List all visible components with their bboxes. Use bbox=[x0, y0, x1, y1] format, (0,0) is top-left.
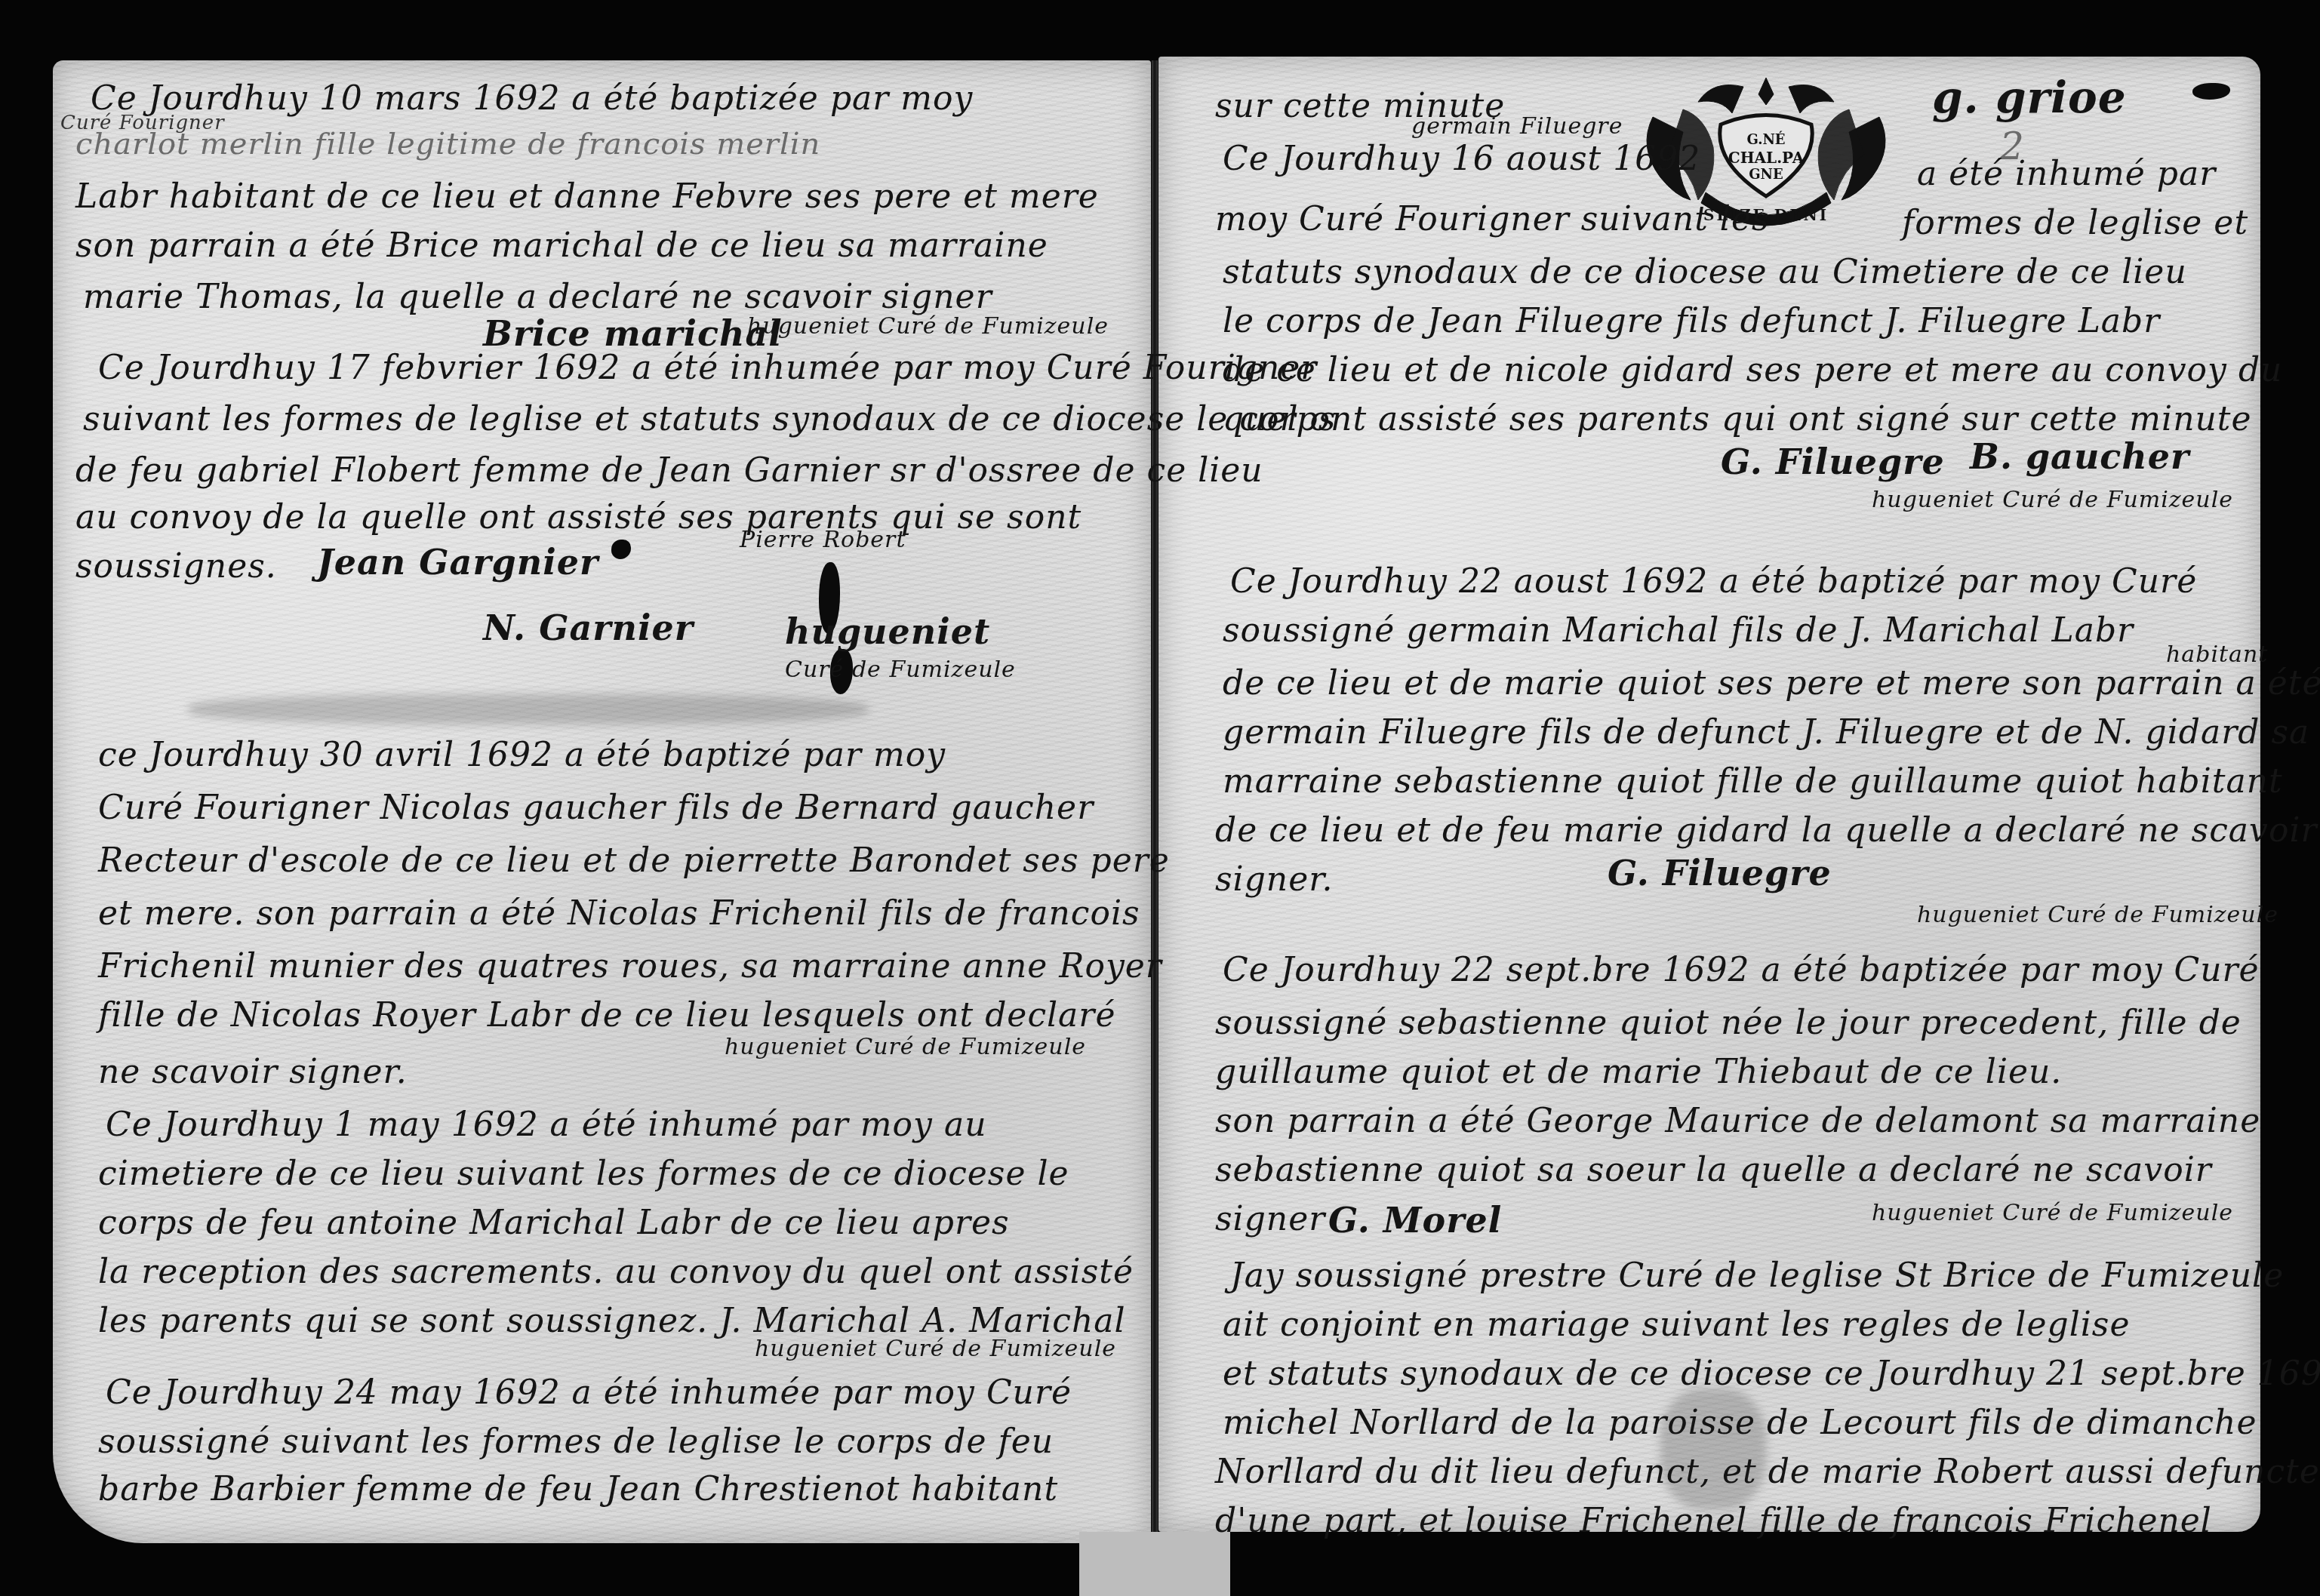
handwritten-line: G. Filuegre bbox=[1608, 853, 1832, 893]
handwritten-line: charlot merlin fille legitime de francoi… bbox=[75, 127, 820, 161]
handwritten-line: de ce lieu et de nicole gidard ses pere … bbox=[1223, 351, 2282, 389]
handwritten-line: d'une part, et louise Frichenel fille de… bbox=[1215, 1502, 2212, 1540]
handwritten-line: Jay soussigné prestre Curé de leglise St… bbox=[1230, 1256, 2284, 1295]
handwritten-line: de ce lieu et de feu marie gidard la que… bbox=[1215, 811, 2318, 850]
handwritten-line: et statuts synodaux de ce diocese ce Jou… bbox=[1223, 1355, 2320, 1393]
handwritten-line: le corps de Jean Filuegre fils defunct J… bbox=[1223, 302, 2160, 340]
handwritten-line: G. Filuegre bbox=[1721, 441, 1945, 482]
handwritten-line: marraine sebastienne quiot fille de guil… bbox=[1223, 762, 2283, 801]
handwritten-line: soussigné sebastienne quiot née le jour … bbox=[1215, 1004, 2242, 1042]
handwritten-line: ce Jourdhuy 30 avril 1692 a été baptizé … bbox=[98, 736, 946, 774]
handwritten-line: Labr habitant de ce lieu et danne Febvre… bbox=[75, 177, 1099, 216]
handwritten-line: Ce Jourdhuy 24 may 1692 a été inhumée pa… bbox=[106, 1373, 1072, 1412]
handwritten-line: Ce Jourdhuy 17 febvrier 1692 a été inhum… bbox=[98, 349, 1317, 387]
handwritten-line: hugueniet bbox=[785, 611, 990, 652]
handwritten-line: ait conjoint en mariage suivant les regl… bbox=[1223, 1305, 2130, 1344]
handwritten-line: germain Filuegre bbox=[1411, 113, 1623, 140]
handwritten-line: son parrain a été Brice marichal de ce l… bbox=[75, 226, 1048, 265]
handwritten-line: fille de Nicolas Royer Labr de ce lieu l… bbox=[98, 996, 1115, 1035]
handwritten-line: ne scavoir signer. bbox=[98, 1053, 408, 1091]
handwritten-line: Curé de Fumizeule bbox=[785, 657, 1016, 683]
handwritten-line: son parrain a été George Maurice de dela… bbox=[1215, 1102, 2260, 1140]
handwritten-line: Frichenil munier des quatres roues, sa m… bbox=[98, 947, 1162, 986]
handwritten-line: sebastienne quiot sa soeur la quelle a d… bbox=[1215, 1151, 2212, 1189]
handwritten-line: Brice marichal bbox=[483, 313, 783, 354]
handwritten-line: B. gaucher bbox=[1970, 436, 2189, 477]
handwritten-line: cimetiere de ce lieu suivant les formes … bbox=[98, 1155, 1069, 1193]
handwritten-line: de ce lieu et de marie quiot ses pere et… bbox=[1223, 664, 2320, 703]
handwritten-line: quel ont assisté ses parents qui ont sig… bbox=[1223, 400, 2252, 438]
handwritten-line: hugueniet Curé de Fumizeule bbox=[1872, 487, 2233, 513]
handwritten-line: signer. bbox=[1215, 860, 1333, 899]
handwritten-line: Recteur d'escole de ce lieu et de pierre… bbox=[98, 841, 1170, 880]
binding-strip bbox=[1079, 1532, 1230, 1596]
handwritten-line: Ce Jourdhuy 1 may 1692 a été inhumé par … bbox=[106, 1106, 986, 1144]
handwritten-line: de feu gabriel Flobert femme de Jean Gar… bbox=[75, 451, 1263, 490]
handwritten-line: moy Curé Fourigner suivant les bbox=[1215, 200, 1770, 238]
handwritten-line: hugueniet Curé de Fumizeule bbox=[1872, 1200, 2233, 1226]
handwritten-line: statuts synodaux de ce diocese au Cimeti… bbox=[1223, 253, 2187, 291]
handwritten-line: soussignes. bbox=[75, 547, 277, 586]
handwritten-line: a été inhumé par bbox=[1917, 155, 2216, 193]
handwritten-line: soussigné suivant les formes de leglise … bbox=[98, 1422, 1054, 1461]
handwritten-line: barbe Barbier femme de feu Jean Chrestie… bbox=[98, 1470, 1058, 1508]
handwritten-line: et mere. son parrain a été Nicolas Frich… bbox=[98, 894, 1140, 933]
handwritten-line: Curé Fourigner Nicolas gaucher fils de B… bbox=[98, 789, 1094, 827]
handwritten-line: germain Filuegre fils de defunct J. Filu… bbox=[1223, 713, 2309, 752]
handwritten-line: Ce Jourdhuy 22 aoust 1692 a été baptizé … bbox=[1230, 562, 2197, 601]
book-gutter bbox=[1152, 60, 1158, 1539]
handwritten-line: suivant les formes de leglise et statuts… bbox=[83, 400, 1336, 438]
handwritten-line: signer bbox=[1215, 1200, 1325, 1238]
handwritten-line: G. Morel bbox=[1328, 1200, 1502, 1241]
handwritten-line: Ce Jourdhuy 22 sept.bre 1692 a été bapti… bbox=[1223, 951, 2260, 989]
handwritten-line: hugueniet Curé de Fumizeule bbox=[1917, 902, 2278, 928]
handwritten-line: N. Garnier bbox=[483, 607, 694, 648]
ink-smudge bbox=[189, 694, 868, 724]
handwritten-line: formes de leglise et bbox=[1902, 204, 2248, 242]
handwritten-line: marie Thomas, la quelle a declaré ne sca… bbox=[83, 278, 992, 316]
handwritten-line: la reception des sacrements. au convoy d… bbox=[98, 1253, 1134, 1291]
handwritten-line: Jean Gargnier bbox=[317, 542, 598, 583]
handwritten-line: hugueniet Curé de Fumizeule bbox=[747, 313, 1109, 340]
handwritten-line: michel Norllard de la paroisse de Lecour… bbox=[1223, 1404, 2257, 1442]
handwritten-line: les parents qui se sont soussignez. J. M… bbox=[98, 1302, 1126, 1340]
handwritten-line: Norllard du dit lieu defunct, et de mari… bbox=[1215, 1453, 2320, 1491]
handwritten-line: Pierre Robert bbox=[740, 527, 906, 553]
handwritten-line: Ce Jourdhuy 16 aoust 1692 bbox=[1223, 140, 1700, 178]
top-right-mark: g. grioe bbox=[1932, 72, 2127, 123]
handwritten-line: soussigné germain Marichal fils de J. Ma… bbox=[1223, 611, 2134, 650]
handwritten-line: hugueniet Curé de Fumizeule bbox=[725, 1034, 1086, 1060]
handwritten-line: hugueniet Curé de Fumizeule bbox=[755, 1336, 1116, 1362]
handwritten-line: corps de feu antoine Marichal Labr de ce… bbox=[98, 1204, 1010, 1242]
handwritten-line: au convoy de la quelle ont assisté ses p… bbox=[75, 498, 1082, 537]
handwritten-line: guillaume quiot et de marie Thiebaut de … bbox=[1215, 1053, 2062, 1091]
